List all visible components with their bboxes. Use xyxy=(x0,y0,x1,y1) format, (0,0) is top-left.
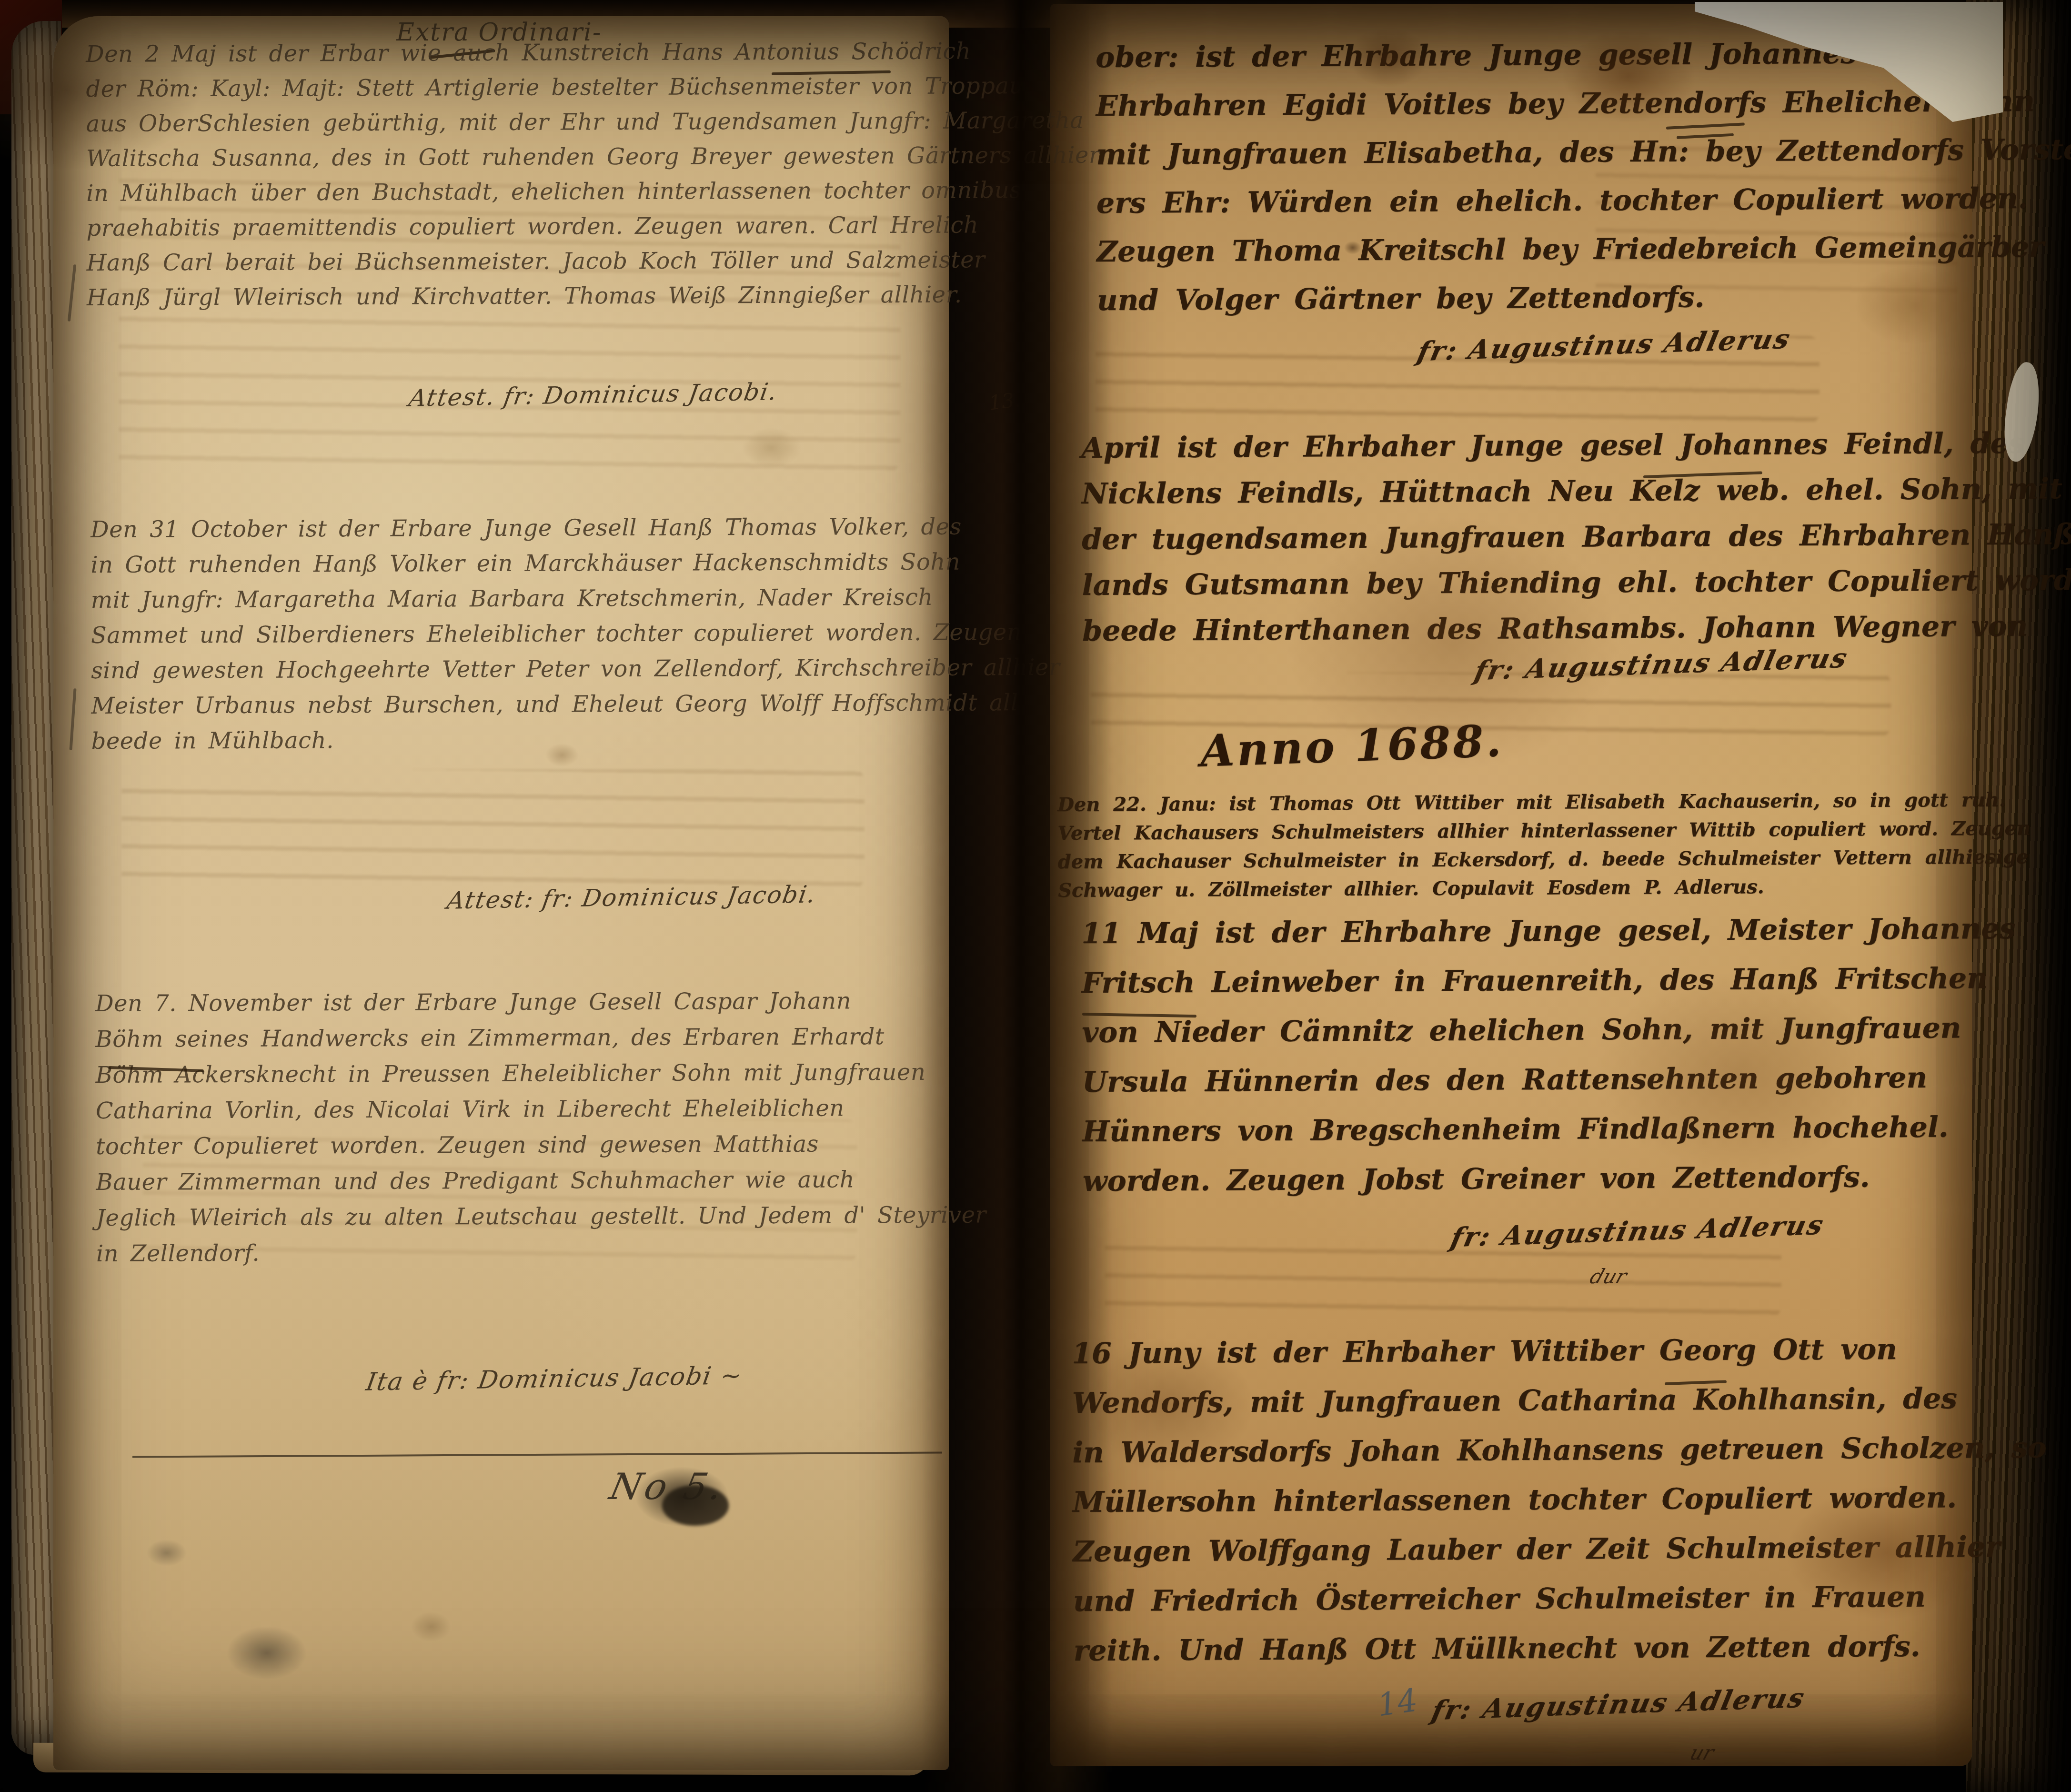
entry-line: Hünners von Bregschenheim Findlaßnern ho… xyxy=(1082,1102,2017,1157)
entry-line: lands Gutsmann bey Thiending ehl. tochte… xyxy=(1082,557,2071,608)
entry-line: tochter Copulieret worden. Zeugen sind g… xyxy=(96,1126,986,1165)
entry-line: Hanß Carl berait bei Büchsenmeister. Jac… xyxy=(87,242,1101,281)
entry-line: 11 Maj ist der Ehrbahre Junge gesel, Mei… xyxy=(1081,904,2016,958)
entry-line: reith. Und Hanß Ott Müllknecht von Zette… xyxy=(1073,1621,2048,1676)
entry-line: beede in Mühlbach. xyxy=(91,720,1060,759)
marriage-entry: Den 2 Maj ist der Erbar wie auch Kunstre… xyxy=(86,34,1100,315)
entry-line: April ist der Ehrbaher Junge gesel Johan… xyxy=(1081,420,2071,471)
entry-line: dem Kachauser Schulmeister in Eckersdorf… xyxy=(1058,843,2031,876)
entry-line: beede Hinterthanen des Rathsambs. Johann… xyxy=(1082,603,2071,654)
entry-line: Vertel Kachausers Schulmeisters allhier … xyxy=(1057,814,2031,848)
entry-line: aus OberSchlesien gebürthig, mit der Ehr… xyxy=(86,103,1100,141)
marriage-entry: Den 31 October ist der Erbare Junge Gese… xyxy=(90,509,1060,759)
entry-line: Müllersohn hinterlassenen tochter Copuli… xyxy=(1073,1472,2047,1527)
entry-line: Ursula Hünnerin des den Rattensehnten ge… xyxy=(1082,1053,2017,1107)
entry-line: Zeugen Wolffgang Lauber der Zeit Schulme… xyxy=(1073,1522,2047,1577)
entry-line: Hanß Jürgl Wleirisch und Kirchvatter. Th… xyxy=(87,277,1101,315)
entry-line: in Waldersdorfs Johan Kohlhansens getreu… xyxy=(1072,1423,2047,1478)
marriage-entry: 11 Maj ist der Ehrbahre Junge gesel, Mei… xyxy=(1081,904,2017,1206)
ink-blot xyxy=(662,1485,729,1526)
entry-line: worden. Zeugen Jobst Greiner von Zettend… xyxy=(1083,1152,2017,1206)
marriage-entry: Den 22. Janu: ist Thomas Ott Wittiber mi… xyxy=(1057,785,2031,905)
open-register-book: Extra Ordinari- Den 2 Maj ist der Erbar … xyxy=(0,0,2071,1792)
entry-line: Den 7. November ist der Erbare Junge Ges… xyxy=(95,983,986,1022)
year-heading: Anno 1688. xyxy=(1199,715,1504,777)
marriage-entry: 16 Juny ist der Ehrbaher Wittiber Georg … xyxy=(1072,1324,2048,1676)
entry-line: und Volger Gärtner bey Zettendorfs. xyxy=(1097,271,2071,325)
entry-line: Sammet und Silberdieners Eheleiblicher t… xyxy=(91,614,1060,653)
entry-line: Den 31 October ist der Erbare Junge Gese… xyxy=(90,509,1059,547)
entry-line: praehabitis praemittendis copuliert word… xyxy=(86,208,1100,246)
entry-line: Walitscha Susanna, des in Gott ruhenden … xyxy=(86,138,1100,176)
marriage-entry: Den 7. November ist der Erbare Junge Ges… xyxy=(95,983,986,1272)
entry-line: in Zellendorf. xyxy=(96,1233,987,1272)
entry-line: von Nieder Cämnitz ehelichen Sohn, mit J… xyxy=(1082,1003,2016,1057)
entry-line: Catharina Vorlin, des Nicolai Virk in Li… xyxy=(96,1090,986,1129)
entry-line: Den 22. Janu: ist Thomas Ott Wittiber mi… xyxy=(1057,785,2031,819)
entry-line: Schwager u. Zöllmeister allhier. Copulav… xyxy=(1058,871,2031,905)
entry-line: Jeglich Wleirich als zu alten Leutschau … xyxy=(96,1197,987,1236)
entry-line: Wendorfs, mit Jungfrauen Catharina Kohlh… xyxy=(1072,1373,2047,1428)
entry-line: Zeugen Thoma Kreitschl bey Friedebreich … xyxy=(1096,222,2071,276)
entry-line: Nicklens Feindls, Hüttnach Neu Kelz web.… xyxy=(1082,466,2071,517)
entry-line: 16 Juny ist der Ehrbaher Wittiber Georg … xyxy=(1072,1324,2046,1379)
entry-line: in Mühlbach über den Buchstadt, eheliche… xyxy=(86,173,1100,211)
entry-line: Fritsch Leinweber in Frauenreith, des Ha… xyxy=(1082,954,2016,1008)
entry-line: ers Ehr: Würden ein ehelich. tochter Cop… xyxy=(1096,174,2071,228)
entry-line: mit Jungfrauen Elisabetha, des Hn: bey Z… xyxy=(1096,125,2071,179)
entry-line: Den 2 Maj ist der Erbar wie auch Kunstre… xyxy=(86,34,1100,72)
entry-line: Böhm Ackersknecht in Preussen Eheleiblic… xyxy=(96,1054,986,1093)
entry-line: Bauer Zimmerman und des Predigant Schuhm… xyxy=(96,1161,986,1200)
entry-line: der Röm: Kayl: Majt: Stett Artiglerie be… xyxy=(86,69,1100,107)
entry-line: sind gewesten Hochgeehrte Vetter Peter v… xyxy=(91,650,1060,688)
entry-line: mit Jungfr: Margaretha Maria Barbara Kre… xyxy=(91,579,1060,618)
entry-line: der tugendsamen Jungfrauen Barbara des E… xyxy=(1082,512,2071,563)
entry-line: in Gott ruhenden Hanß Volker ein Marckhä… xyxy=(90,544,1059,583)
entry-line: und Friedrich Österreicher Schulmeister … xyxy=(1073,1571,2048,1626)
entry-line: Meister Urbanus nebst Burschen, und Ehel… xyxy=(91,685,1060,724)
entry-line: Böhm seines Handwercks ein Zimmerman, de… xyxy=(95,1018,986,1057)
margin-number: 13. xyxy=(988,388,1022,415)
pencil-folio-number: 14 xyxy=(1375,1682,1420,1724)
marriage-entry: April ist der Ehrbaher Junge gesel Johan… xyxy=(1081,420,2071,654)
